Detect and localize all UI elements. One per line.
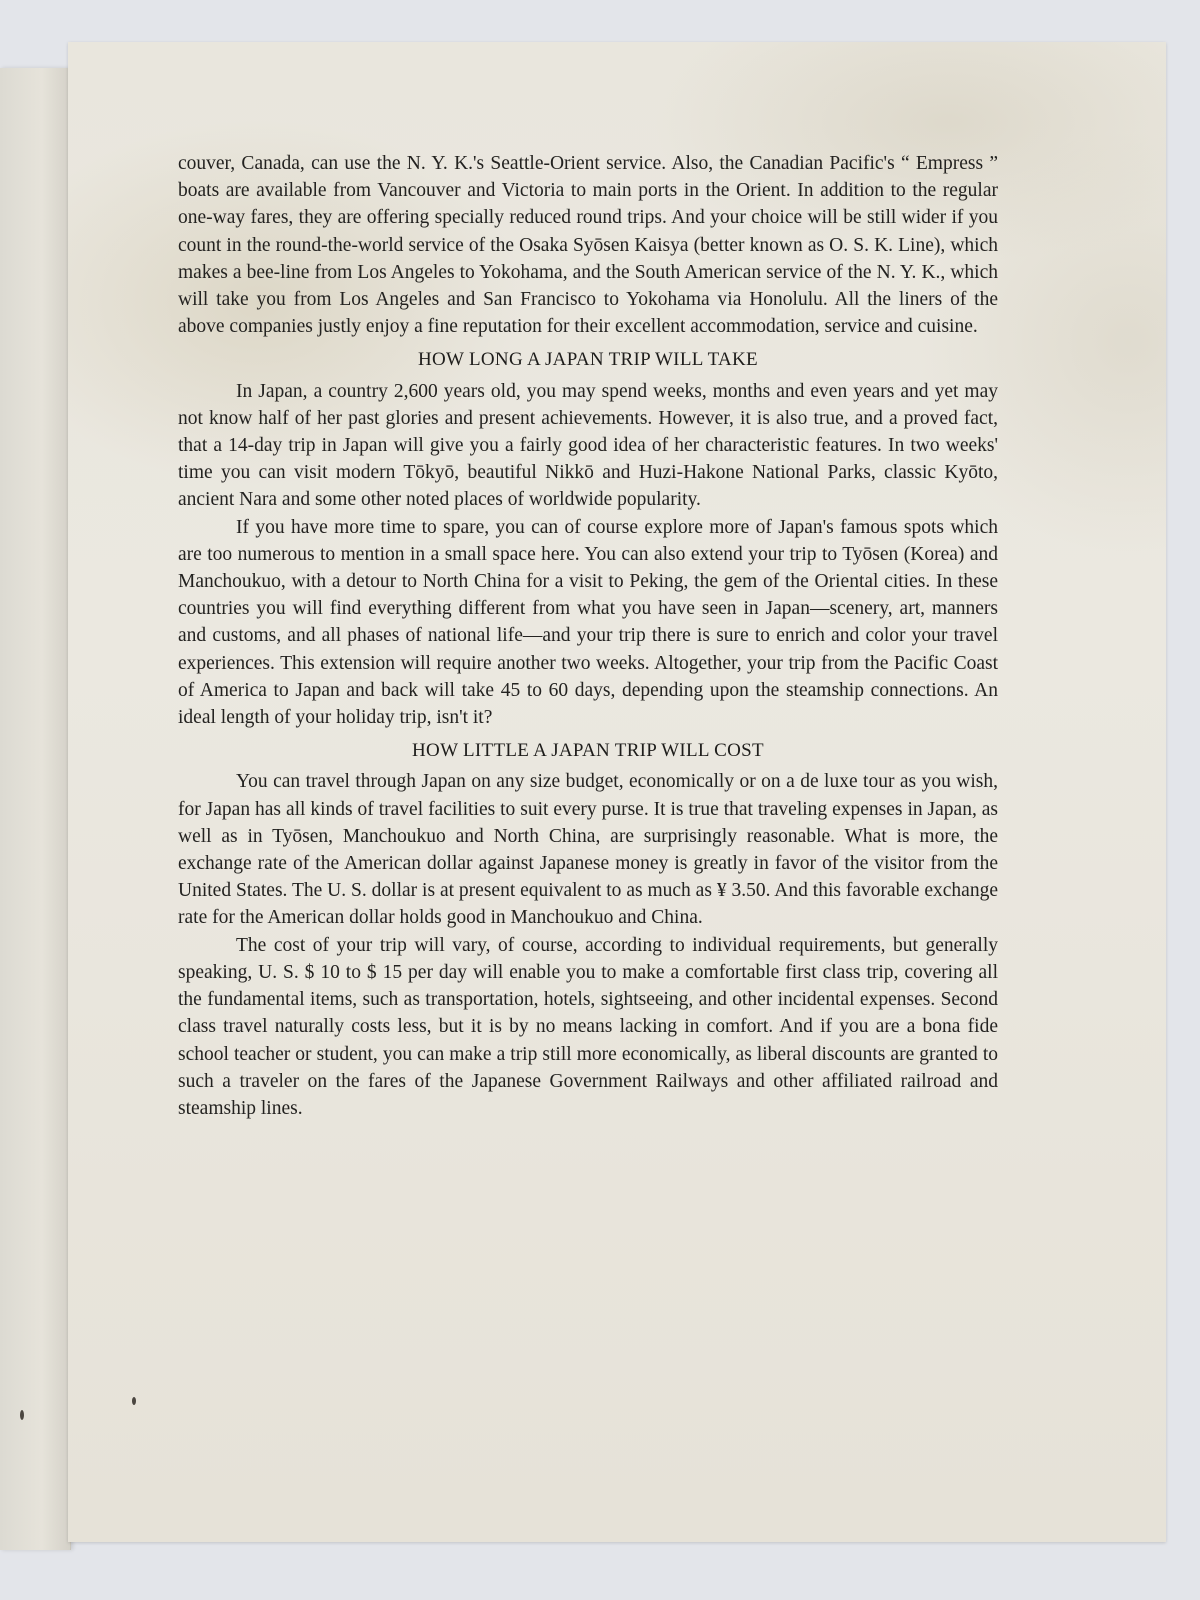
duration-paragraph-2: If you have more time to spare, you can … [178, 514, 998, 732]
paper-blemish [20, 1410, 24, 1420]
body-text: couver, Canada, can use the N. Y. K.'s S… [178, 150, 998, 1122]
intro-paragraph: couver, Canada, can use the N. Y. K.'s S… [178, 150, 998, 340]
facing-page-edge [0, 68, 71, 1550]
duration-paragraph-1: In Japan, a country 2,600 years old, you… [178, 378, 998, 514]
cost-paragraph-2: The cost of your trip will vary, of cour… [178, 932, 998, 1122]
section-heading-duration: HOW LONG A JAPAN TRIP WILL TAKE [178, 346, 998, 373]
section-heading-cost: HOW LITTLE A JAPAN TRIP WILL COST [178, 737, 998, 764]
cost-paragraph-1: You can travel through Japan on any size… [178, 768, 998, 931]
paper-blemish [132, 1397, 136, 1405]
